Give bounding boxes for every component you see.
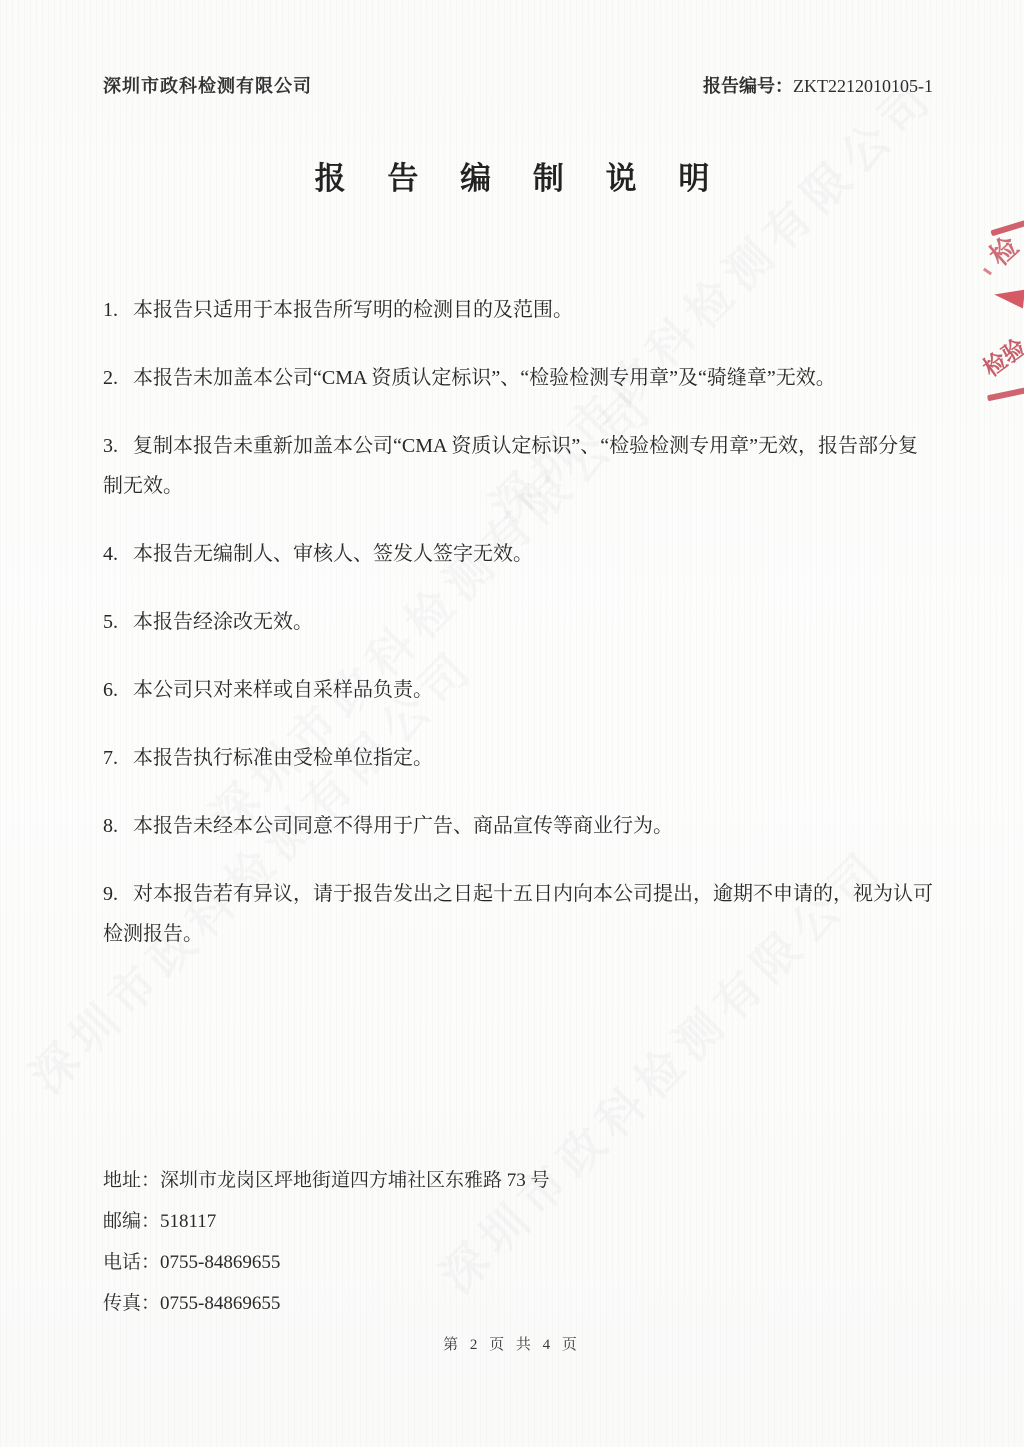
page-header: 深圳市政科检测有限公司 报告编号：ZKT2212010105-1 <box>103 72 933 98</box>
item-number: 2. <box>103 367 118 389</box>
report-number-value: ZKT2212010105-1 <box>793 76 933 96</box>
page-title: 报 告 编 制 说 明 <box>0 153 1024 198</box>
item-number: 9. <box>103 883 118 905</box>
item-number: 4. <box>103 543 118 565</box>
postcode-value: 518117 <box>160 1211 216 1232</box>
list-item: 1.本报告只适用于本报告所写明的检测目的及范围。 <box>103 290 936 330</box>
seal-stroke <box>990 214 1024 237</box>
list-item: 6.本公司只对来样或自采样品负责。 <box>103 670 936 710</box>
item-number: 7. <box>103 747 118 769</box>
seal-characters: 检验 <box>978 326 1024 383</box>
item-number: 5. <box>103 611 118 633</box>
seal-stroke <box>987 385 1024 402</box>
address-value: 深圳市龙岗区坪地街道四方埔社区东雅路 73 号 <box>160 1170 550 1191</box>
contact-block: 地址：深圳市龙岗区坪地街道四方埔社区东雅路 73 号 邮编：518117 电话：… <box>103 1160 550 1324</box>
postcode-line: 邮编：518117 <box>103 1201 550 1242</box>
item-number: 1. <box>103 299 118 321</box>
report-number: 报告编号：ZKT2212010105-1 <box>703 72 933 98</box>
address-label: 地址： <box>103 1170 160 1191</box>
company-name: 深圳市政科检测有限公司 <box>103 72 312 98</box>
page-number: 第 2 页 共 4 页 <box>0 1333 1024 1354</box>
item-number: 6. <box>103 679 118 701</box>
list-item: 4.本报告无编制人、审核人、签发人签字无效。 <box>103 534 936 574</box>
item-text: 本报告无编制人、审核人、签发人签字无效。 <box>133 543 533 565</box>
item-text: 本报告经涂改无效。 <box>133 611 313 633</box>
seal-stroke <box>983 268 992 276</box>
phone-value: 0755-84869655 <box>160 1252 280 1273</box>
seal-character: 检 <box>979 226 1024 273</box>
paging-seal-fragment: 检 检验 <box>978 204 1024 409</box>
item-text: 本公司只对来样或自采样品负责。 <box>133 679 433 701</box>
item-number: 8. <box>103 815 118 837</box>
list-item: 8.本报告未经本公司同意不得用于广告、商品宣传等商业行为。 <box>103 806 936 846</box>
list-item: 7.本报告执行标准由受检单位指定。 <box>103 738 936 778</box>
report-number-label: 报告编号： <box>703 76 793 96</box>
item-list: 1.本报告只适用于本报告所写明的检测目的及范围。 2.本报告未加盖本公司“CMA… <box>103 290 936 982</box>
phone-label: 电话： <box>103 1252 160 1273</box>
item-text: 复制本报告未重新加盖本公司“CMA 资质认定标识”、“检验检测专用章”无效，报告… <box>103 435 918 497</box>
postcode-label: 邮编： <box>103 1211 160 1232</box>
seal-triangle <box>993 286 1024 308</box>
report-page: 深圳市政科检测有限公司 深圳市政科检测有限公司 深圳市政科检测有限公司 深圳市政… <box>0 0 1024 1447</box>
phone-line: 电话：0755-84869655 <box>103 1242 550 1283</box>
list-item: 3.复制本报告未重新加盖本公司“CMA 资质认定标识”、“检验检测专用章”无效，… <box>103 426 936 506</box>
item-text: 对本报告若有异议，请于报告发出之日起十五日内向本公司提出，逾期不申请的，视为认可… <box>103 883 933 945</box>
list-item: 9.对本报告若有异议，请于报告发出之日起十五日内向本公司提出，逾期不申请的，视为… <box>103 874 936 954</box>
item-text: 本报告未经本公司同意不得用于广告、商品宣传等商业行为。 <box>133 815 673 837</box>
address-line: 地址：深圳市龙岗区坪地街道四方埔社区东雅路 73 号 <box>103 1160 550 1201</box>
item-number: 3. <box>103 435 118 457</box>
fax-label: 传真： <box>103 1293 160 1314</box>
item-text: 本报告未加盖本公司“CMA 资质认定标识”、“检验检测专用章”及“骑缝章”无效。 <box>133 367 836 389</box>
item-text: 本报告执行标准由受检单位指定。 <box>133 747 433 769</box>
fax-line: 传真：0755-84869655 <box>103 1283 550 1324</box>
list-item: 5.本报告经涂改无效。 <box>103 602 936 642</box>
fax-value: 0755-84869655 <box>160 1293 280 1314</box>
list-item: 2.本报告未加盖本公司“CMA 资质认定标识”、“检验检测专用章”及“骑缝章”无… <box>103 358 936 398</box>
item-text: 本报告只适用于本报告所写明的检测目的及范围。 <box>133 299 573 321</box>
